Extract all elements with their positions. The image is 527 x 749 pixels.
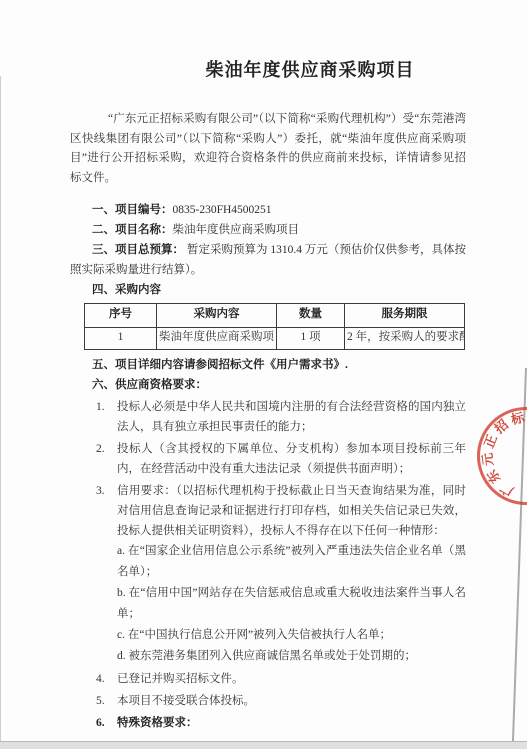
section-project-budget-label: 三、项目总预算： xyxy=(92,244,184,256)
project-number-value: 0835-230FH4500251 xyxy=(173,204,272,216)
seal-char: 元 xyxy=(481,452,496,467)
scanned-document-page: 柴油年度供应商采购项目 “广东元正招标采购有限公司”（以下简称“采购代理机构”）… xyxy=(0,0,527,749)
requirement-item-6: 6.特殊资格要求： xyxy=(70,713,466,733)
requirement-2-number: 2. xyxy=(96,439,105,459)
requirement-item-1: 1.投标人必须是中华人民共和国境内注册的有合法经营资格的国内独立法人，具有独立承… xyxy=(70,397,466,437)
requirement-4-text: 已登记并购买招标文件。 xyxy=(117,673,244,685)
document-body: “广东元正招标采购有限公司”（以下简称“采购代理机构”）受“东莞港湾区快线集团有… xyxy=(70,110,466,733)
document-title: 柴油年度供应商采购项目 xyxy=(70,57,508,83)
col-header-serial: 序号 xyxy=(85,303,157,327)
requirement-3-sub-d: d. 被东莞港务集团列入供应商诚信黑名单或处于处罚期的； xyxy=(70,646,466,667)
requirement-item-5: 5.本项目不接受联合体投标。 xyxy=(70,691,466,711)
seal-ring xyxy=(477,407,527,505)
requirement-5-text: 本项目不接受联合体投标。 xyxy=(117,695,255,707)
section-purchase-content-heading: 四、采购内容 xyxy=(70,280,466,300)
requirement-3-sub-c: c. 在“中国执行信息公开网”被列入失信被执行人名单； xyxy=(70,625,466,646)
seal-char: 东 xyxy=(484,467,503,486)
section-supplier-qualification-heading: 六、供应商资格要求： xyxy=(70,375,466,395)
requirement-3-number: 3. xyxy=(96,481,105,501)
section-project-name-label: 二、项目名称： xyxy=(92,224,173,236)
cell-content: 柴油年度供应商采购项目 xyxy=(157,327,277,349)
project-name-value: 柴油年度供应商采购项目 xyxy=(173,224,300,236)
section-detail-reference: 五、项目详细内容请参阅招标文件《用户需求书》. xyxy=(70,355,466,375)
requirement-1-number: 1. xyxy=(96,397,105,417)
requirement-3-sub-b: b. 在“信用中国”网站存在失信惩戒信息或重大税收违法案件当事人名单； xyxy=(70,583,466,625)
requirement-6-number: 6. xyxy=(96,713,105,733)
table-header-row: 序号 采购内容 数量 服务期限 xyxy=(85,303,465,327)
requirement-6-text: 特殊资格要求： xyxy=(117,717,198,729)
requirement-item-4: 4.已登记并购买招标文件。 xyxy=(70,669,466,689)
requirement-item-3: 3.信用要求：（以招标代理机构于投标截止日当天查询结果为准，同时对信用信息查询记… xyxy=(70,481,466,541)
seal-char: 招 xyxy=(492,417,512,437)
purchase-table: 序号 采购内容 数量 服务期限 1 柴油年度供应商采购项目 1 项 2 年，按采… xyxy=(84,303,465,350)
page-left-edge-line xyxy=(0,76,1,749)
requirement-item-2: 2.投标人（含其授权的下属单位、分支机构）参加本项目投标前三年内，在经营活动中没… xyxy=(70,439,466,479)
section-project-number: 一、项目编号：0835-230FH4500251 xyxy=(70,200,466,220)
col-header-quantity: 数量 xyxy=(277,303,345,327)
requirement-5-number: 5. xyxy=(96,691,105,711)
agency-round-seal: 广东元正招标采购 xyxy=(477,407,527,505)
requirement-2-text: 投标人（含其授权的下属单位、分支机构）参加本项目投标前三年内，在经营活动中没有重… xyxy=(117,443,466,475)
seal-char: 广 xyxy=(497,479,516,498)
section-project-number-label: 一、项目编号： xyxy=(92,204,173,216)
requirement-3-text: 信用要求：（以招标代理机构于投标截止日当天查询结果为准，同时对信用信息查询记录和… xyxy=(117,485,466,537)
intro-paragraph: “广东元正招标采购有限公司”（以下简称“采购代理机构”）受“东莞港湾区快线集团有… xyxy=(70,110,466,188)
section-project-budget: 三、项目总预算： 暂定采购预算为 1310.4 万元（预估价仅供参考，具体按照实… xyxy=(70,240,466,280)
scanner-background-strip xyxy=(0,741,527,749)
requirement-3-sub-a: a. 在“国家企业信用信息公示系统”被列入严重违法失信企业名单（黑名单）； xyxy=(70,541,466,583)
col-header-content: 采购内容 xyxy=(157,303,277,327)
page-right-edge-line xyxy=(512,368,527,749)
col-header-service-period: 服务期限 xyxy=(345,303,465,327)
requirement-1-text: 投标人必须是中华人民共和国境内注册的有合法经营资格的国内独立法人，具有独立承担民… xyxy=(117,401,466,433)
requirement-4-number: 4. xyxy=(96,669,105,689)
seal-char: 正 xyxy=(482,432,500,450)
table-row: 1 柴油年度供应商采购项目 1 项 2 年，按采购人的要求配送 xyxy=(85,327,465,349)
cell-serial: 1 xyxy=(85,327,157,349)
cell-service-period: 2 年，按采购人的要求配送 xyxy=(345,327,465,349)
cell-quantity: 1 项 xyxy=(277,327,345,349)
section-project-name: 二、项目名称：柴油年度供应商采购项目 xyxy=(70,220,466,240)
